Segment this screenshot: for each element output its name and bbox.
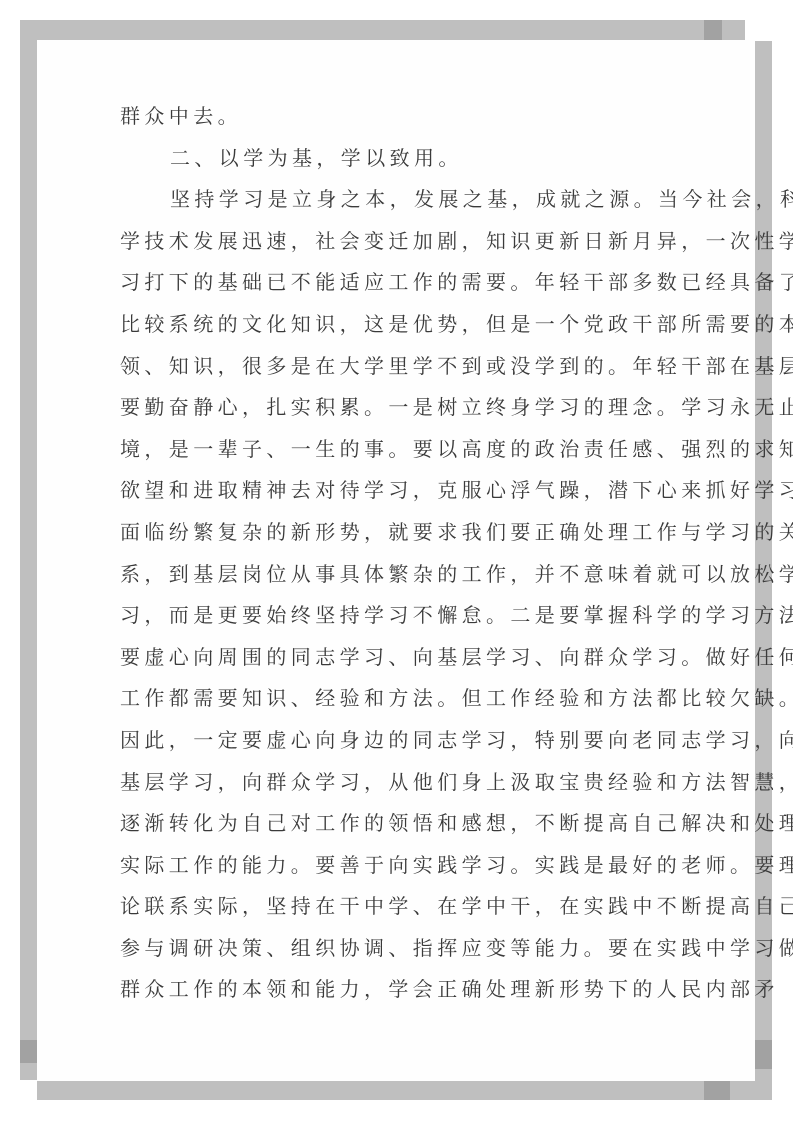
paragraph-start-line: 坚持学习是立身之本，发展之基，成就之源。当今社会，科 [120, 179, 680, 221]
frame-top-accent [704, 20, 722, 40]
text-line: 要勤奋静心，扎实积累。一是树立终身学习的理念。学习永无止 [120, 387, 680, 429]
frame-left-accent [20, 1040, 37, 1063]
text-line: 系，到基层岗位从事具体繁杂的工作，并不意味着就可以放松学 [120, 554, 680, 596]
text-line: 工作都需要知识、经验和方法。但工作经验和方法都比较欠缺。 [120, 678, 680, 720]
text-line: 欲望和进取精神去对待学习，克服心浮气躁，潜下心来抓好学习。 [120, 470, 680, 512]
text-line: 论联系实际，坚持在干中学、在学中干，在实践中不断提高自己 [120, 886, 680, 928]
frame-top-border [20, 20, 745, 40]
section-heading: 二、以学为基，学以致用。 [120, 138, 680, 180]
text-line: 群众工作的本领和能力，学会正确处理新形势下的人民内部矛 [120, 969, 680, 1011]
frame-bottom-border [37, 1081, 772, 1100]
text-line: 学技术发展迅速，社会变迁加剧，知识更新日新月异，一次性学 [120, 221, 680, 263]
text-line: 参与调研决策、组织协调、指挥应变等能力。要在实践中学习做 [120, 928, 680, 970]
frame-right-accent [755, 1040, 772, 1069]
text-line: 实际工作的能力。要善于向实践学习。实践是最好的老师。要理 [120, 845, 680, 887]
text-line: 境，是一辈子、一生的事。要以高度的政治责任感、强烈的求知 [120, 429, 680, 471]
text-line: 习打下的基础已不能适应工作的需要。年轻干部多数已经具备了 [120, 262, 680, 304]
frame-bottom-accent [704, 1081, 730, 1100]
text-line: 群众中去。 [120, 96, 680, 138]
text-line: 领、知识，很多是在大学里学不到或没学到的。年轻干部在基层 [120, 346, 680, 388]
text-line: 基层学习，向群众学习，从他们身上汲取宝贵经验和方法智慧， [120, 762, 680, 804]
document-body: 群众中去。 二、以学为基，学以致用。 坚持学习是立身之本，发展之基，成就之源。当… [120, 96, 680, 1011]
frame-left-border [20, 20, 37, 1080]
text-line: 习，而是更要始终坚持学习不懈怠。二是要掌握科学的学习方法。 [120, 595, 680, 637]
text-line: 因此，一定要虚心向身边的同志学习，特别要向老同志学习，向 [120, 720, 680, 762]
text-line: 比较系统的文化知识，这是优势，但是一个党政干部所需要的本 [120, 304, 680, 346]
text-line: 要虚心向周围的同志学习、向基层学习、向群众学习。做好任何 [120, 637, 680, 679]
text-line: 面临纷繁复杂的新形势，就要求我们要正确处理工作与学习的关 [120, 512, 680, 554]
text-line: 逐渐转化为自己对工作的领悟和感想，不断提高自己解决和处理 [120, 803, 680, 845]
